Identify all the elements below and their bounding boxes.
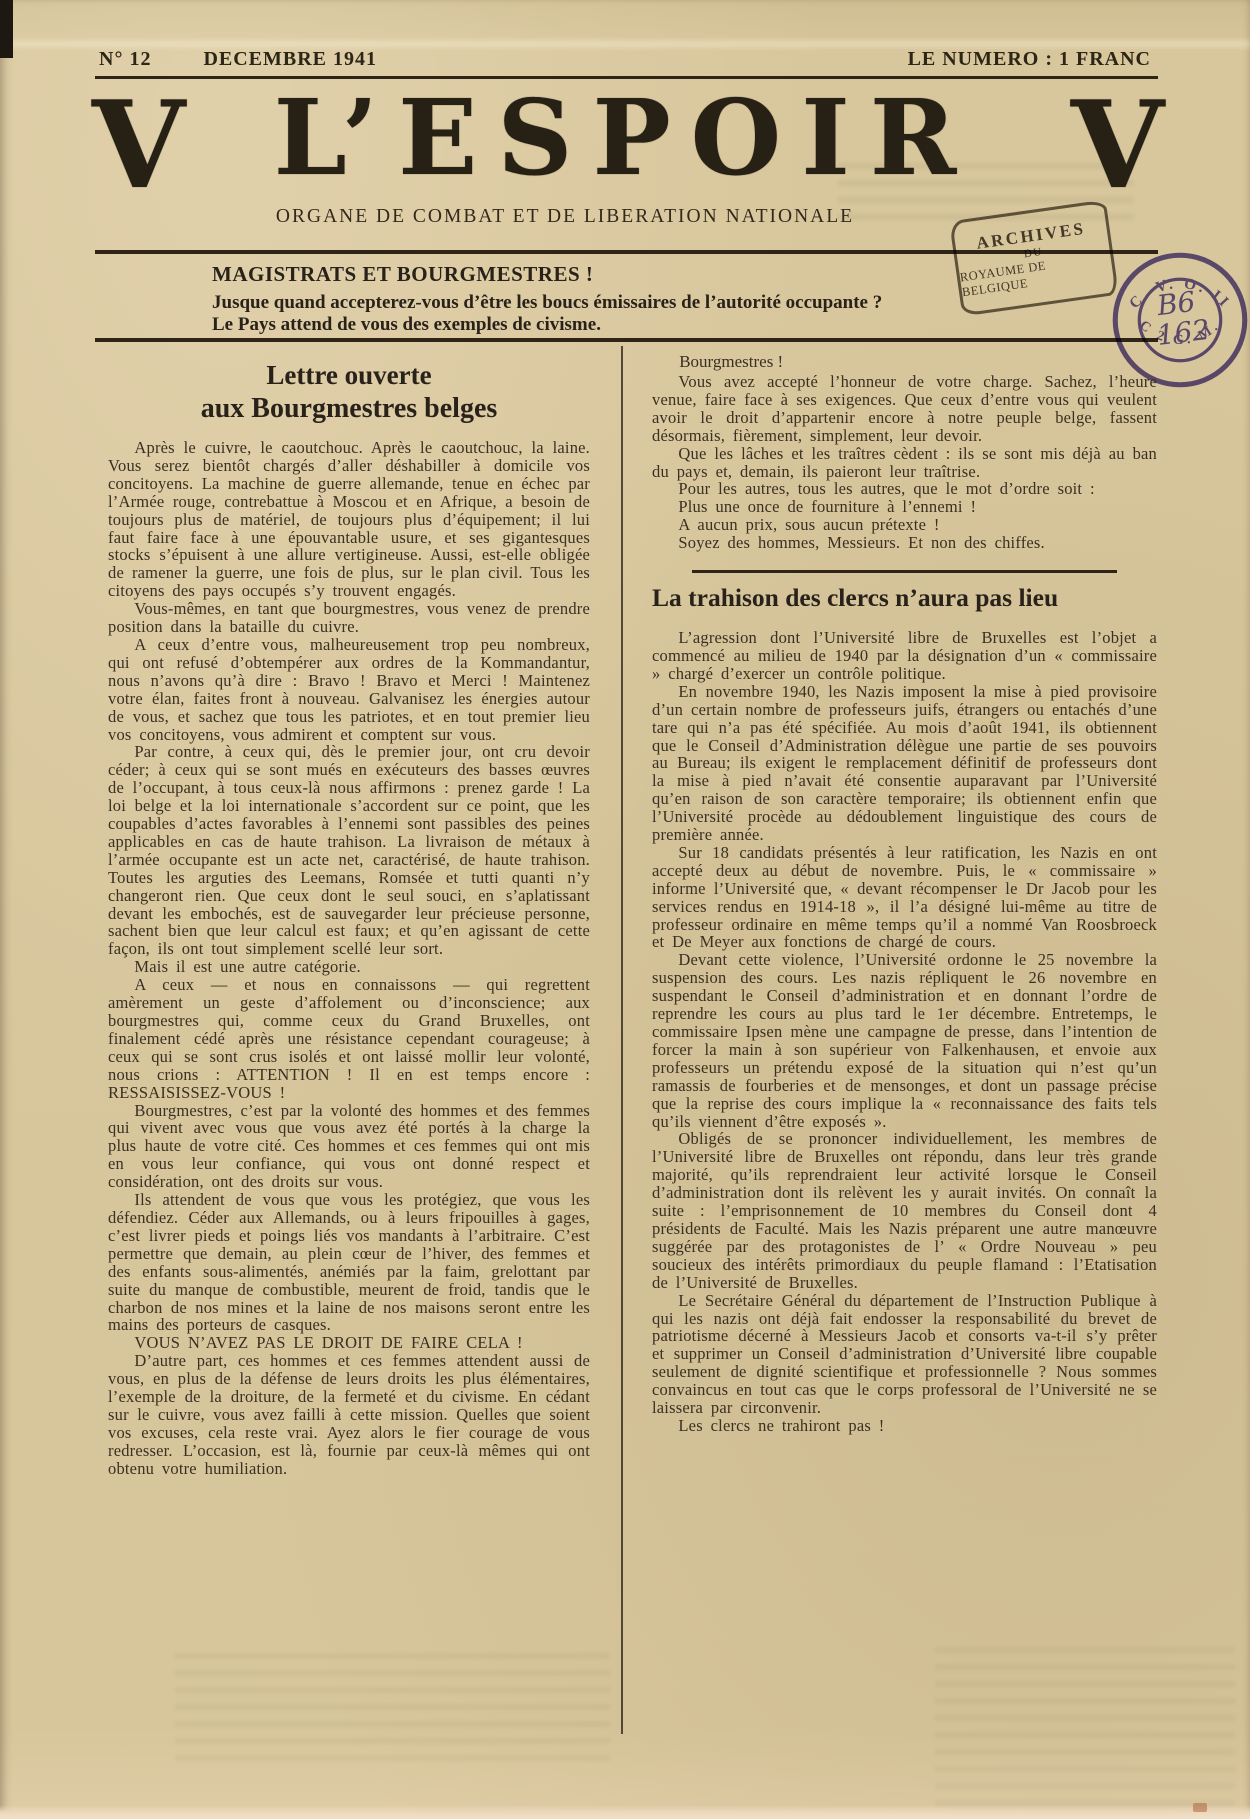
paragraph: Après le cuivre, le caoutchouc. Après le… — [108, 439, 590, 600]
price-label: LE NUMERO : 1 FRANC — [908, 48, 1151, 71]
paragraph: L’agression dont l’Université libre de B… — [652, 629, 1157, 683]
paper-crease — [0, 40, 1250, 48]
scan-ink-spot — [1193, 1803, 1207, 1812]
paragraph: Que les lâches et les traîtres cèdent : … — [652, 445, 1157, 481]
stamp-handwritten-number: 162 — [1155, 313, 1212, 352]
article-lettre-ouverte: Lettre ouverte aux Bourgmestres belges A… — [108, 352, 590, 1752]
paragraph: Sur 18 candidats présentés à leur ratifi… — [652, 844, 1157, 951]
page-header: N° 12 DECEMBRE 1941 LE NUMERO : 1 FRANC — [99, 48, 1151, 71]
paragraph: Devant cette violence, l’Université ordo… — [652, 951, 1157, 1130]
paragraph: Vous avez accepté l’honneur de votre cha… — [652, 373, 1157, 445]
paragraph: A ceux — et nous en connaissons — qui re… — [108, 976, 590, 1101]
paragraph: D’autre part, ces hommes et ces femmes a… — [108, 1352, 590, 1477]
article-title-line1: Lettre ouverte — [108, 360, 590, 391]
slogan-line: A aucun prix, sous aucun prétexte ! — [652, 516, 1157, 534]
issue-number: N° 12 — [99, 48, 151, 70]
article-title-line2: aux Bourgmestres belges — [108, 393, 590, 425]
slogan-line: Plus une once de fourniture à l’ennemi ! — [652, 498, 1157, 516]
paragraph: Par contre, à ceux qui, dès le premier j… — [108, 743, 590, 958]
paragraph-caps: VOUS N’AVEZ PAS LE DROIT DE FAIRE CELA ! — [108, 1334, 590, 1352]
paragraph: Mais il est une autre catégorie. — [108, 958, 590, 976]
paragraph: A ceux d’entre vous, malheureusement tro… — [108, 636, 590, 743]
paragraph: Le Secrétaire Général du département de … — [652, 1292, 1157, 1417]
newspaper-title: L’ESPOIR — [0, 86, 1250, 190]
paragraph: Pour les autres, tous les autres, que le… — [652, 480, 1157, 498]
column-divider — [621, 346, 623, 1734]
paragraph: En novembre 1940, les Nazis imposent la … — [652, 683, 1157, 844]
paragraph: Vous-mêmes, en tant que bourgmestres, vo… — [108, 600, 590, 636]
scan-bottom-edge — [0, 1805, 1250, 1819]
banner-bottom-rule — [95, 338, 1158, 342]
issue-and-date: N° 12 DECEMBRE 1941 — [99, 48, 377, 71]
paragraph: Ils attendent de vous que vous les proté… — [108, 1191, 590, 1334]
section-divider-rule — [692, 570, 1116, 573]
paragraph: Bourgmestres ! — [652, 352, 1157, 371]
issue-date: DECEMBRE 1941 — [203, 48, 377, 70]
paragraph: Obligés de se prononcer individuellement… — [652, 1130, 1157, 1291]
victory-v-right: V — [1071, 98, 1164, 194]
appeal-continuation: Bourgmestres ! Vous avez accepté l’honne… — [652, 352, 1157, 552]
right-column: Bourgmestres ! Vous avez accepté l’honne… — [652, 352, 1157, 1772]
slogan-line: Soyez des hommes, Messieurs. Et non des … — [652, 534, 1157, 552]
scan-corner-artifact — [0, 0, 13, 58]
paragraph: Bourgmestres, c’est par la volonté des h… — [108, 1102, 590, 1192]
article-trahison-title: La trahison des clercs n’aura pas lieu — [652, 583, 1157, 613]
appeal-line: Le Pays attend de vous des exemples de c… — [212, 314, 1130, 336]
closing-line: Les clercs ne trahiront pas ! — [652, 1417, 1157, 1435]
